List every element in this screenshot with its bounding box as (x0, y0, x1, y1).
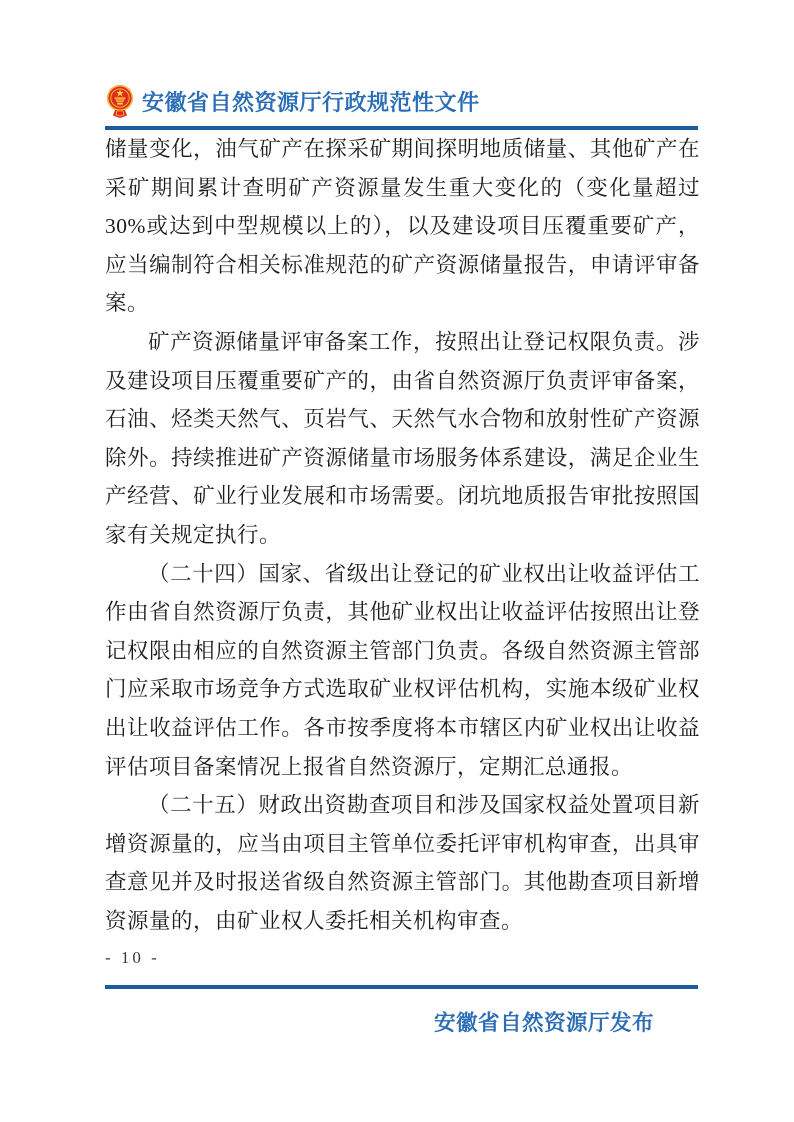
body-paragraph-continuation: 储量变化，油气矿产在探采矿期间探明地质储量、其他矿产在采矿期间累计查明矿产资源量… (105, 130, 700, 323)
body-paragraph: 矿产资源储量评审备案工作，按照出让登记权限负责。涉及建设项目压覆重要矿产的，由省… (105, 323, 700, 555)
body-paragraph-clause-24: （二十四）国家、省级出让登记的矿业权出让收益评估工作由省自然资源厅负责，其他矿业… (105, 555, 700, 787)
publisher-line: 安徽省自然资源厅发布 (434, 1006, 654, 1037)
document-body: 储量变化，油气矿产在探采矿期间探明地质储量、其他矿产在采矿期间累计查明矿产资源量… (105, 130, 700, 940)
document-page: 安徽省自然资源厅行政规范性文件 储量变化，油气矿产在探采矿期间探明地质储量、其他… (0, 0, 794, 1122)
china-national-emblem-icon (105, 84, 135, 118)
document-header: 安徽省自然资源厅行政规范性文件 (105, 84, 699, 118)
page-number: - 10 - (105, 948, 160, 968)
document-header-title: 安徽省自然资源厅行政规范性文件 (142, 86, 480, 117)
footer-divider-rule (105, 985, 698, 989)
body-paragraph-clause-25: （二十五）财政出资勘查项目和涉及国家权益处置项目新增资源量的，应当由项目主管单位… (105, 786, 700, 940)
